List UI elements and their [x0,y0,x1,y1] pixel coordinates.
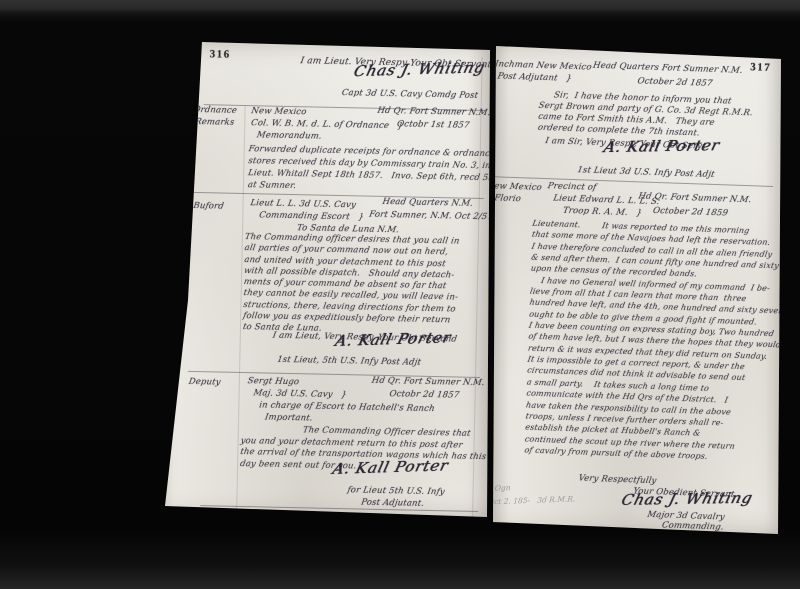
margin-annotation: Remarks [194,117,235,129]
left-page: 316 I am Lieut. Very Respy Your Obt Serv… [150,40,492,520]
letter-dateline: Head Quarters N.M. [382,197,474,210]
letter-dateline: Head Quarters Fort Sumner N.M. [592,61,744,77]
letter-heading-line: Sergt Hugo [247,376,300,388]
letter-body: Lieutenant. It was reported to me this m… [524,218,778,465]
letter-heading-line: Maj. 3d U.S. Cavy } [252,388,347,401]
page-number: 317 [750,61,771,74]
signature: A. Kall Porter [331,457,450,476]
letter-body: Forwarded duplicate receipts for ordnanc… [247,143,488,196]
letter-dateline: Octobr 2d 1857 [389,389,461,401]
letter-heading-line: Important. [264,413,313,425]
signature-rank-line: for Lieut 5th U.S. Infy [346,485,445,498]
signature: Chas J. Whiting [620,490,755,508]
right-page-content: 317 Inchman New Mexico Post Adjutant } H… [471,40,786,546]
letter-dateline: Hd Qr. Fort Sumner N.M. [371,376,486,389]
signature: A. Kall Porter [334,329,453,348]
letter-heading-line: Troop R. A. M. } [562,206,643,220]
letter-heading-line: Commanding Escort } [258,210,364,223]
signature-rank-line: Capt 3d U.S. Cavy Comdg Post [341,88,479,102]
microfilm-scan: 316 I am Lieut. Very Respy Your Obt Serv… [0,0,800,589]
signature: Chas J. Whiting [352,59,486,79]
letter-heading-line: New Mexico [250,106,307,118]
signature-rank-line: 1st Lieut, 5th U.S. Infy Post Adjt [276,355,422,369]
margin-annotation: Deputy [188,377,222,389]
letter-body: Sir, I have the honor to inform you that… [537,90,778,142]
signature: A. Kall Porter [602,137,721,155]
letter-dateline: October 2d 1857 [636,76,713,90]
signature-rank-line: 1st Lieut 3d U.S. Infy Post Adjt [576,165,715,181]
pencil-annotation: Oct 2. 185- 3d R.M.R. [488,494,576,507]
letter-closing-line: Very Respectfully [578,473,658,487]
margin-annotation: Buford [192,201,224,213]
letter-heading-line: Precinct of [547,181,597,194]
letter-dateline: October 2d 1859 [652,206,729,220]
letter-body: The Commanding officer desires that you … [242,232,488,339]
letter-heading-line: Memorandum. [256,130,323,142]
margin-annotation: Post Adjutant } [497,71,573,85]
letter-heading-line: Lieut L. L. 3d U.S. Cavy [249,198,356,211]
letter-dateline: Octobr 1st 1857 [396,119,470,131]
page-number: 316 [210,48,231,60]
right-page: 317 Inchman New Mexico Post Adjutant } H… [488,40,786,536]
letter-dateline: Hd Qr. Fort Sumner N.M. [376,106,491,119]
margin-annotation: Ordnance [192,105,237,117]
margin-annotation: Florio [493,193,521,205]
letter-dateline: Fort Sumner, N.M. Oct 2/57 [368,210,493,224]
